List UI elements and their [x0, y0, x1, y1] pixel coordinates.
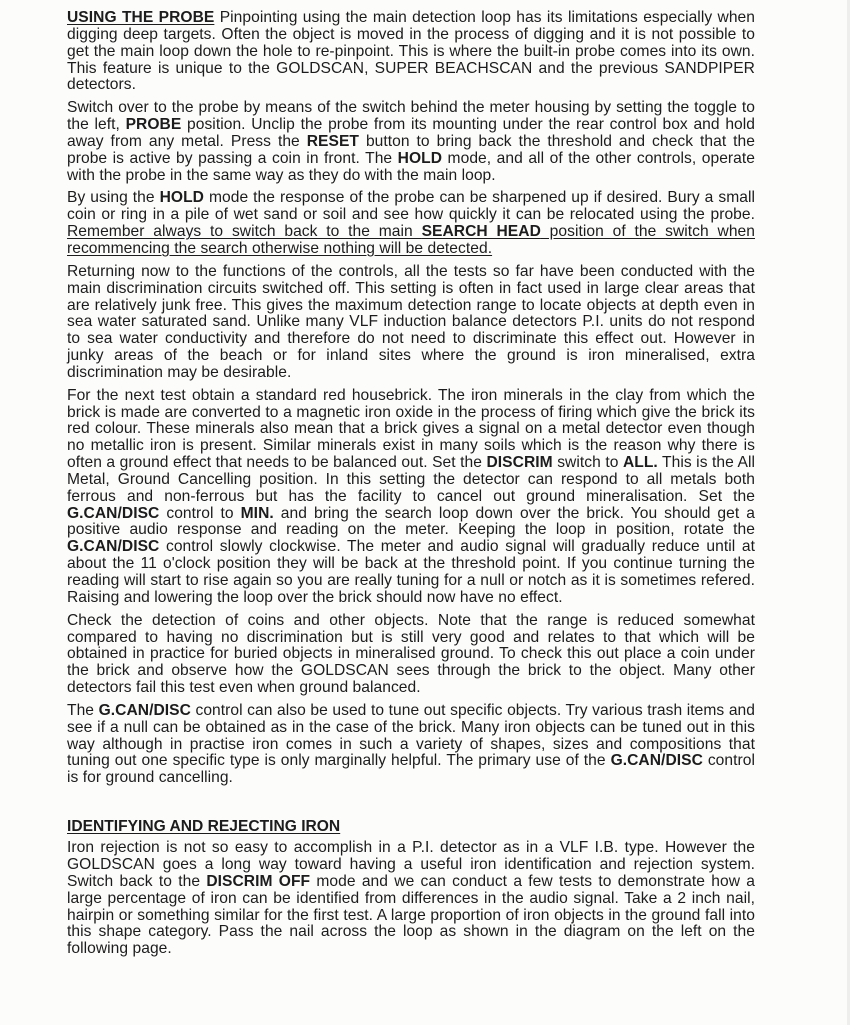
paragraph-housebrick-test: For the next test obtain a standard red … — [67, 388, 755, 607]
warning-text: Remember always to switch back to the ma… — [67, 223, 422, 240]
paragraph-switch-over: Switch over to the probe by means of the… — [67, 100, 755, 184]
term-gcan-disc: G.CAN/DISC — [67, 538, 159, 555]
section-heading-using-the-probe: USING THE PROBE — [67, 9, 214, 26]
paragraph-probe-intro: USING THE PROBE Pinpointing using the ma… — [67, 10, 755, 94]
term-hold: HOLD — [398, 150, 442, 167]
term-probe: PROBE — [126, 116, 182, 133]
term-gcan-disc: G.CAN/DISC — [611, 752, 703, 769]
term-hold: HOLD — [160, 189, 204, 206]
term-discrim-off: DISCRIM OFF — [206, 873, 310, 890]
term-all: ALL. — [623, 454, 658, 471]
term-search-head: SEARCH HEAD — [422, 223, 541, 240]
paragraph-tune-out-objects: The G.CAN/DISC control can also be used … — [67, 703, 755, 787]
section-heading-identifying-rejecting-iron: IDENTIFYING AND REJECTING IRON — [67, 818, 755, 835]
paragraph-hold-mode: By using the HOLD mode the response of t… — [67, 190, 755, 257]
paragraph-discrimination-off: Returning now to the functions of the co… — [67, 264, 755, 382]
paragraph-coin-detection: Check the detection of coins and other o… — [67, 613, 755, 697]
term-gcan-disc: G.CAN/DISC — [99, 702, 191, 719]
document-page: USING THE PROBE Pinpointing using the ma… — [67, 10, 755, 964]
term-discrim: DISCRIM — [486, 454, 552, 471]
term-reset: RESET — [307, 133, 359, 150]
term-min: MIN. — [241, 505, 274, 522]
term-gcan-disc: G.CAN/DISC — [67, 505, 159, 522]
paragraph-iron-rejection: Iron rejection is not so easy to accompl… — [67, 840, 755, 958]
